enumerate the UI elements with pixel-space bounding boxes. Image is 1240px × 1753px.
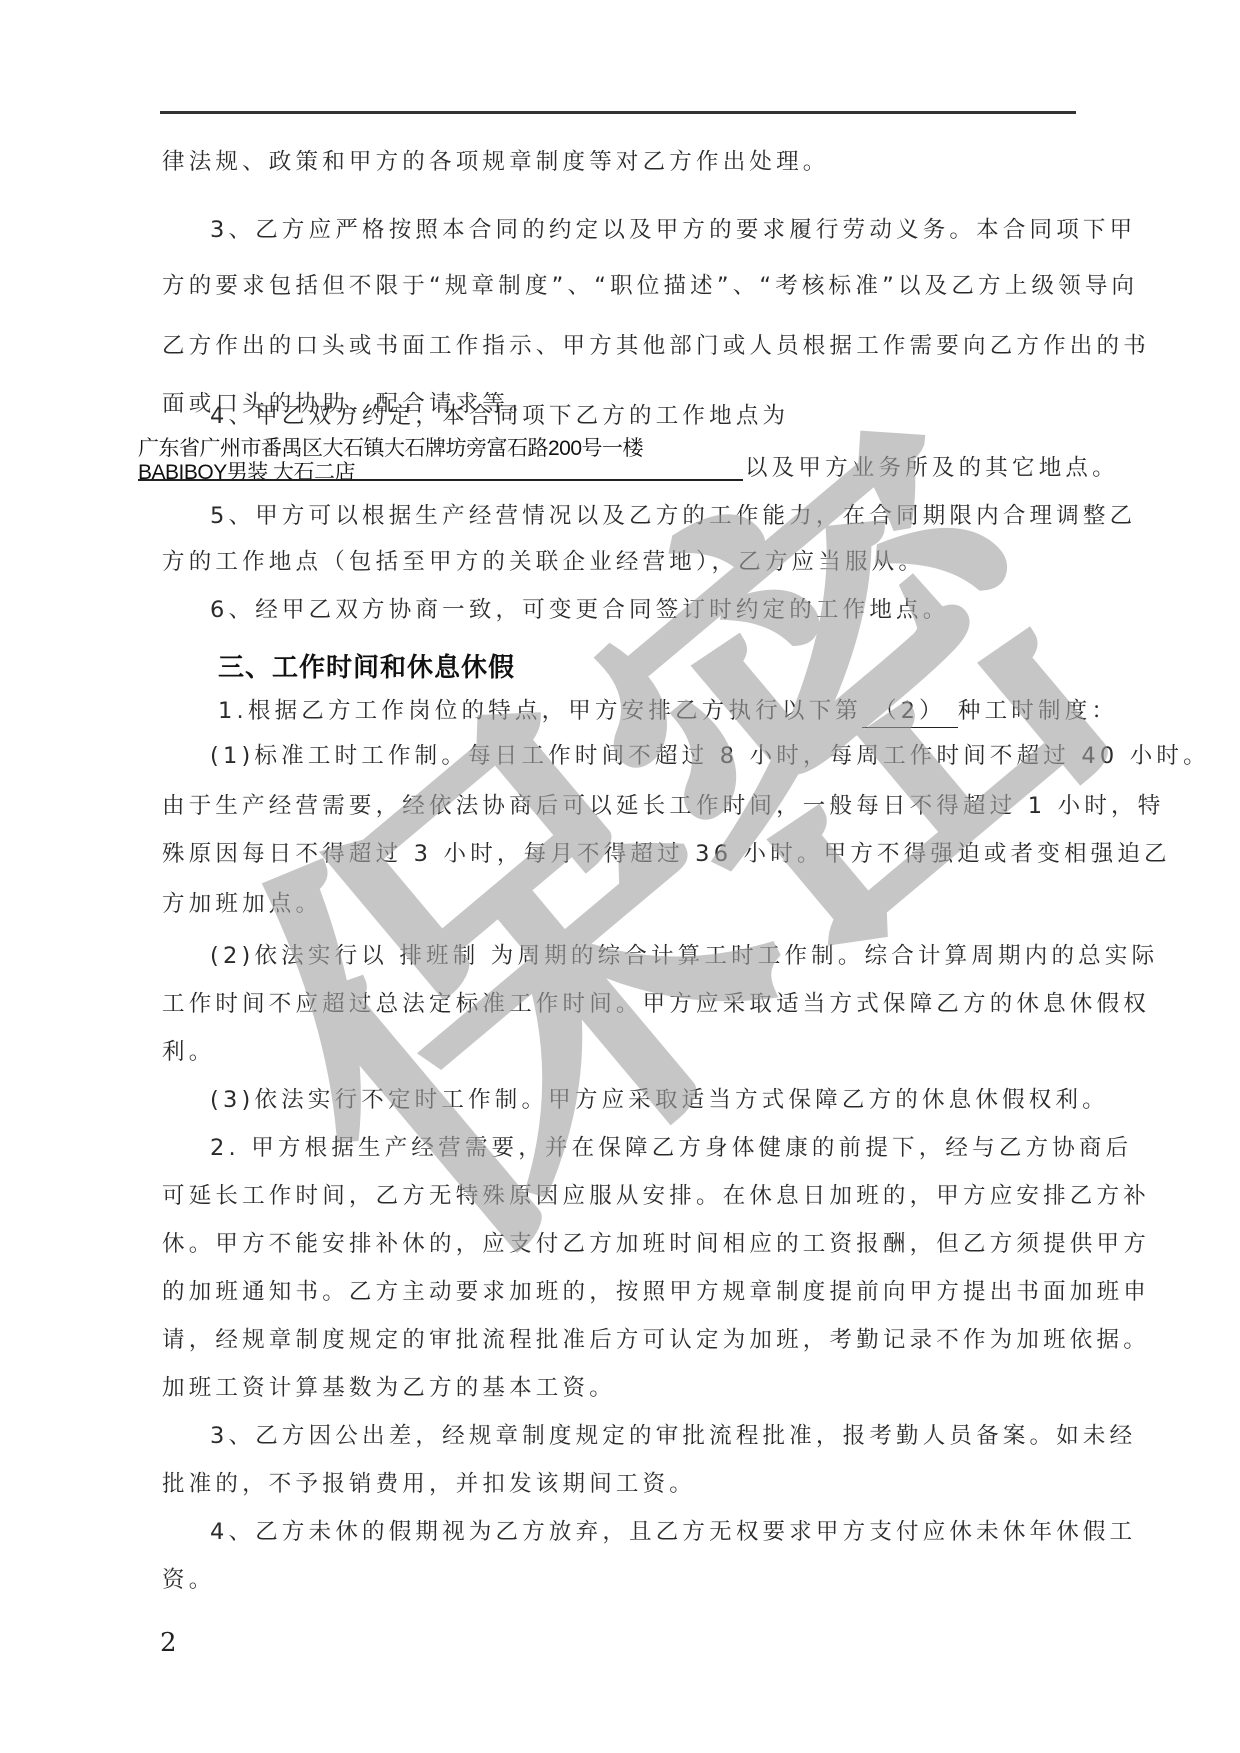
section-heading: 三、工作时间和休息休假 (218, 647, 515, 684)
paragraph-line: 律法规、政策和甲方的各项规章制度等对乙方作出处理。 (162, 146, 1082, 178)
paragraph-line: 休。甲方不能安排补休的，应支付乙方加班时间相应的工资报酬，但乙方须提供甲方 (162, 1228, 1082, 1260)
paragraph-line: 3、乙方因公出差，经规章制度规定的审批流程批准，报考勤人员备案。如未经 (210, 1420, 1130, 1452)
paragraph-line: 方加班加点。 (162, 888, 1082, 920)
work-address-line-2: BABIBOY男装 大石二店 (138, 456, 355, 486)
page-number: 2 (160, 1628, 177, 1658)
filled-blank: （2） (862, 695, 958, 728)
text: 1.根据乙方工作岗位的特点，甲方安排乙方执行以下第 (218, 698, 862, 724)
paragraph-line: 工作时间不应超过总法定标准工作时间。甲方应采取适当方式保障乙方的休息休假权 (162, 988, 1082, 1020)
paragraph-line: 方的工作地点（包括至甲方的关联企业经营地），乙方应当服从。 (162, 546, 1082, 578)
paragraph-line: (2)依法实行以 排班制 为周期的综合计算工时工作制。综合计算周期内的总实际 (210, 940, 1130, 972)
paragraph-line: 的加班通知书。乙方主动要求加班的，按照甲方规章制度提前向甲方提出书面加班申 (162, 1276, 1082, 1308)
paragraph-line: 由于生产经营需要，经依法协商后可以延长工作时间，一般每日不得超过 1 小时，特 (162, 790, 1082, 822)
text: 种工时制度： (958, 698, 1118, 724)
paragraph-line: 4、乙方未休的假期视为乙方放弃，且乙方无权要求甲方支付应休未休年休假工 (210, 1516, 1130, 1548)
paragraph-line: (1)标准工时工作制。每日工作时间不超过 8 小时，每周工作时间不超过 40 小… (210, 740, 1130, 772)
paragraph-line: 加班工资计算基数为乙方的基本工资。 (162, 1372, 1082, 1404)
paragraph-line: 5、甲方可以根据生产经营情况以及乙方的工作能力，在合同期限内合理调整乙 (210, 500, 1130, 532)
paragraph-line: 6、经甲乙双方协商一致，可变更合同签订时约定的工作地点。 (210, 594, 1130, 626)
paragraph-line: 请，经规章制度规定的审批流程批准后方可认定为加班，考勤记录不作为加班依据。 (162, 1324, 1082, 1356)
paragraph-line: 乙方作出的口头或书面工作指示、甲方其他部门或人员根据工作需要向乙方作出的书 (162, 330, 1082, 362)
paragraph-line: (3)依法实行不定时工作制。甲方应采取适当方式保障乙方的休息休假权利。 (210, 1084, 1130, 1116)
paragraph-line: 批准的，不予报销费用，并扣发该期间工资。 (162, 1468, 1082, 1500)
paragraph-line: 以及甲方业务所及的其它地点。 (745, 452, 1119, 484)
paragraph-line: 殊原因每日不得超过 3 小时，每月不得超过 36 小时。甲方不得强迫或者变相强迫… (162, 838, 1082, 870)
paragraph-line: 1.根据乙方工作岗位的特点，甲方安排乙方执行以下第（2）种工时制度： (218, 695, 1118, 728)
paragraph-line: 3、乙方应严格按照本合同的约定以及甲方的要求履行劳动义务。本合同项下甲 (210, 214, 1130, 246)
paragraph-line: 4、甲乙双方约定，本合同项下乙方的工作地点为 (210, 400, 1130, 432)
paragraph-line: 可延长工作时间，乙方无特殊原因应服从安排。在休息日加班的，甲方应安排乙方补 (162, 1180, 1082, 1212)
paragraph-line: 资。 (162, 1564, 1082, 1596)
paragraph-line: 2. 甲方根据生产经营需要，并在保障乙方身体健康的前提下，经与乙方协商后 (210, 1132, 1130, 1164)
paragraph-line: 利。 (162, 1036, 1082, 1068)
address-underline (138, 479, 743, 481)
header-rule (160, 111, 1076, 114)
paragraph-line: 方的要求包括但不限于“规章制度”、“职位描述”、“考核标准”以及乙方上级领导向 (162, 270, 1082, 302)
